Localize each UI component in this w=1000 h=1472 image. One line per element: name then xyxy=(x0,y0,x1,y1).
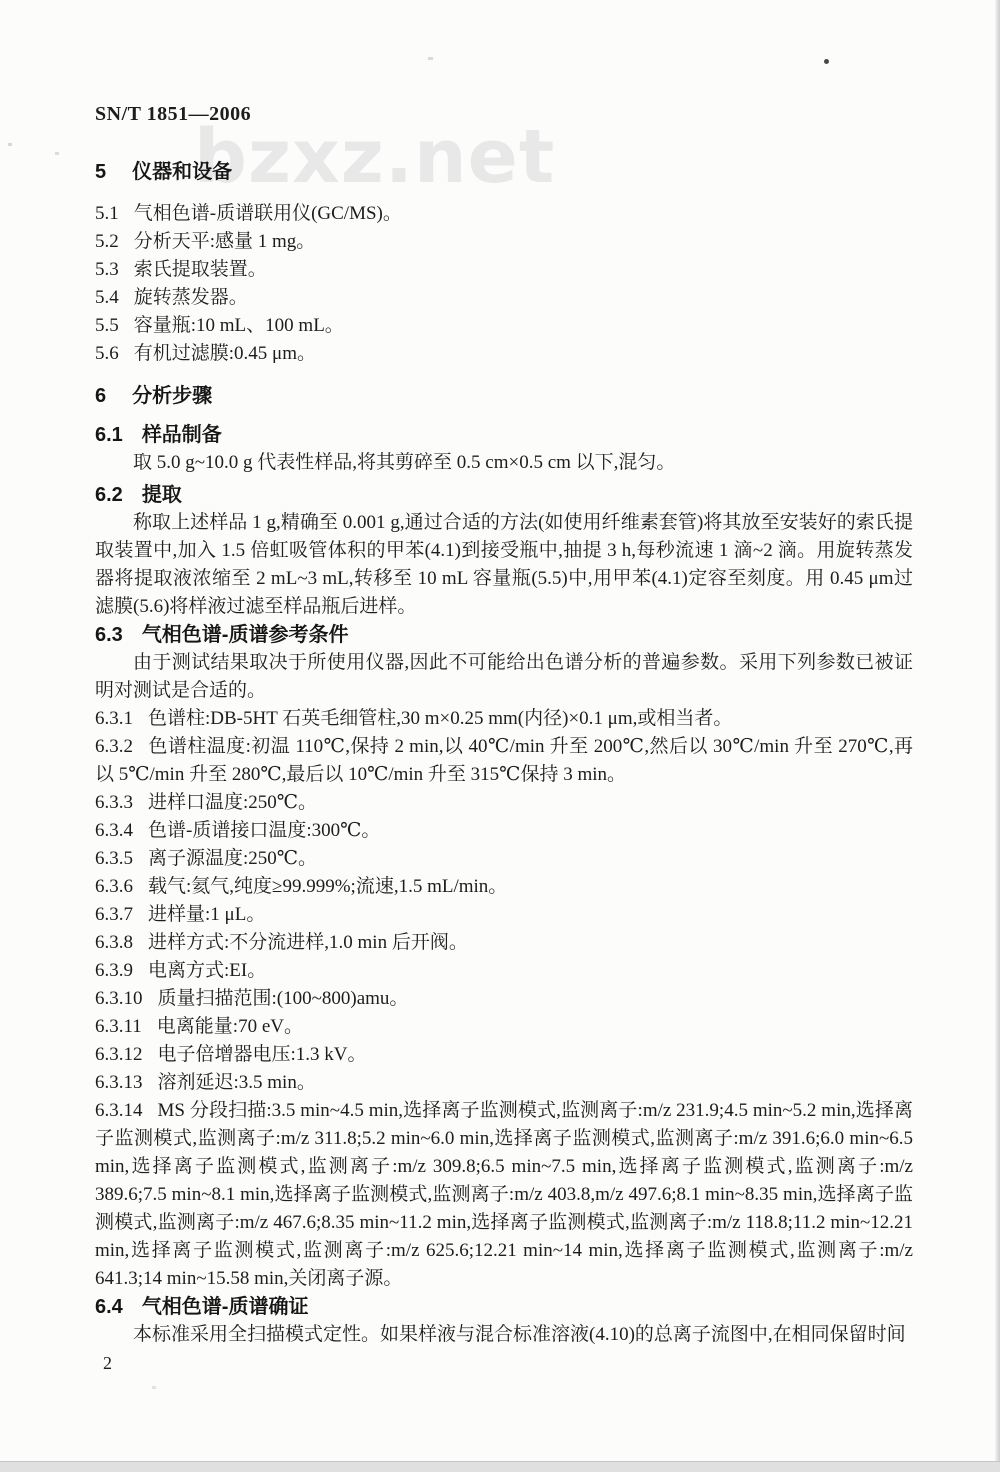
clause-6-3-3: 6.3.3进样口温度:250℃。 xyxy=(95,789,913,817)
clause-number: 6.3.12 xyxy=(95,1044,143,1065)
clause-text: 载气:氦气,纯度≥99.999%;流速,1.5 mL/min。 xyxy=(148,876,507,897)
clause-6-3-10: 6.3.10质量扫描范围:(100~800)amu。 xyxy=(95,985,913,1013)
clause-5-3: 5.3索氏提取装置。 xyxy=(95,256,913,284)
clause-text: 索氏提取装置。 xyxy=(134,259,267,280)
clause-text: 电离能量:70 eV。 xyxy=(157,1016,303,1037)
para-6-3: 由于测试结果取决于所使用仪器,因此不可能给出色谱分析的普遍参数。采用下列参数已被… xyxy=(95,649,913,705)
section-number: 6.4 xyxy=(95,1296,123,1318)
clause-text: 色谱柱:DB-5HT 石英毛细管柱,30 m×0.25 mm(内径)×0.1 μ… xyxy=(148,708,732,729)
clause-6-3-9: 6.3.9电离方式:EI。 xyxy=(95,957,913,985)
clause-text: 电离方式:EI。 xyxy=(148,960,266,981)
clause-number: 6.3.11 xyxy=(95,1016,142,1037)
section-number: 6.1 xyxy=(95,424,123,446)
clause-text: 溶剂延迟:3.5 min。 xyxy=(158,1072,316,1093)
clause-number: 6.3.10 xyxy=(95,988,143,1009)
clause-6-3-7: 6.3.7进样量:1 μL。 xyxy=(95,901,913,929)
clause-number: 6.3.5 xyxy=(95,848,133,869)
clause-number: 5.4 xyxy=(95,287,119,308)
section-5-items: 5.1气相色谱-质谱联用仪(GC/MS)。 5.2分析天平:感量 1 mg。 5… xyxy=(95,200,913,368)
clause-6-3-11: 6.3.11电离能量:70 eV。 xyxy=(95,1013,913,1041)
clause-5-5: 5.5容量瓶:10 mL、100 mL。 xyxy=(95,312,913,340)
para-6-4: 本标准采用全扫描模式定性。如果样液与混合标准溶液(4.10)的总离子流图中,在相… xyxy=(95,1321,913,1349)
clause-5-4: 5.4旋转蒸发器。 xyxy=(95,284,913,312)
clause-number: 6.3.3 xyxy=(95,792,133,813)
section-title: 提取 xyxy=(142,484,182,506)
section-number: 6.2 xyxy=(95,484,123,506)
clause-text: 旋转蒸发器。 xyxy=(134,287,248,308)
clause-text: MS 分段扫描:3.5 min~4.5 min,选择离子监测模式,监测离子:m/… xyxy=(95,1100,913,1289)
scanned-standard-page: bzxz.net SN/T 1851—2006 5仪器和设备 5.1气相色谱-质… xyxy=(0,0,1000,1472)
clause-6-3-5: 6.3.5离子源温度:250℃。 xyxy=(95,845,913,873)
scan-artifact xyxy=(428,57,433,60)
section-title: 气相色谱-质谱参考条件 xyxy=(142,624,349,646)
clause-number: 6.3.1 xyxy=(95,708,133,729)
clause-number: 5.5 xyxy=(95,315,119,336)
clause-text: 色谱-质谱接口温度:300℃。 xyxy=(148,820,380,841)
clause-number: 6.3.14 xyxy=(95,1100,143,1121)
clause-6-3-2: 6.3.2色谱柱温度:初温 110℃,保持 2 min,以 40℃/min 升至… xyxy=(95,733,913,789)
clause-number: 5.1 xyxy=(95,203,119,224)
clause-text: 色谱柱温度:初温 110℃,保持 2 min,以 40℃/min 升至 200℃… xyxy=(95,736,913,785)
section-6-1-heading: 6.1样品制备 xyxy=(95,421,913,449)
clause-6-3-14: 6.3.14MS 分段扫描:3.5 min~4.5 min,选择离子监测模式,监… xyxy=(95,1097,913,1293)
clause-5-2: 5.2分析天平:感量 1 mg。 xyxy=(95,228,913,256)
page-content: SN/T 1851—2006 5仪器和设备 5.1气相色谱-质谱联用仪(GC/M… xyxy=(95,100,913,1377)
scan-artifact xyxy=(152,1386,156,1389)
clause-number: 6.3.6 xyxy=(95,876,133,897)
clause-number: 6.3.9 xyxy=(95,960,133,981)
clause-number: 6.3.13 xyxy=(95,1072,143,1093)
clause-6-3-1: 6.3.1色谱柱:DB-5HT 石英毛细管柱,30 m×0.25 mm(内径)×… xyxy=(95,705,913,733)
clause-6-3-12: 6.3.12电子倍增器电压:1.3 kV。 xyxy=(95,1041,913,1069)
clause-text: 进样量:1 μL。 xyxy=(148,904,265,925)
clause-6-3-13: 6.3.13溶剂延迟:3.5 min。 xyxy=(95,1069,913,1097)
clause-number: 6.3.7 xyxy=(95,904,133,925)
section-number: 6.3 xyxy=(95,624,123,646)
section-title: 分析步骤 xyxy=(132,385,212,407)
scan-artifact xyxy=(824,59,829,64)
section-6-heading: 6分析步骤 xyxy=(95,382,913,410)
section-6-2-heading: 6.2提取 xyxy=(95,481,913,509)
clause-text: 质量扫描范围:(100~800)amu。 xyxy=(158,988,409,1009)
scan-bottom-edge xyxy=(0,1461,1000,1472)
section-6-4-heading: 6.4气相色谱-质谱确证 xyxy=(95,1293,913,1321)
section-title: 样品制备 xyxy=(142,424,222,446)
clause-number: 5.2 xyxy=(95,231,119,252)
clause-text: 气相色谱-质谱联用仪(GC/MS)。 xyxy=(134,203,402,224)
scan-artifact xyxy=(55,152,59,155)
clause-text: 进样方式:不分流进样,1.0 min 后开阀。 xyxy=(148,932,468,953)
clause-text: 电子倍增器电压:1.3 kV。 xyxy=(158,1044,367,1065)
clause-number: 5.3 xyxy=(95,259,119,280)
standard-code: SN/T 1851—2006 xyxy=(95,100,913,128)
clause-number: 6.3.2 xyxy=(95,736,133,757)
scan-right-edge xyxy=(995,0,1000,1472)
clause-number: 6.3.4 xyxy=(95,820,133,841)
clause-text: 有机过滤膜:0.45 μm。 xyxy=(134,343,316,364)
clause-number: 5.6 xyxy=(95,343,119,364)
section-number: 6 xyxy=(95,385,106,407)
section-title: 气相色谱-质谱确证 xyxy=(142,1296,309,1318)
page-number: 2 xyxy=(95,1349,913,1377)
para-6-1: 取 5.0 g~10.0 g 代表性样品,将其剪碎至 0.5 cm×0.5 cm… xyxy=(95,449,913,477)
para-6-2: 称取上述样品 1 g,精确至 0.001 g,通过合适的方法(如使用纤维素套管)… xyxy=(95,509,913,621)
clause-text: 离子源温度:250℃。 xyxy=(148,848,317,869)
clause-5-6: 5.6有机过滤膜:0.45 μm。 xyxy=(95,340,913,368)
section-5-heading: 5仪器和设备 xyxy=(95,158,913,186)
section-number: 5 xyxy=(95,161,106,183)
clause-6-3-8: 6.3.8进样方式:不分流进样,1.0 min 后开阀。 xyxy=(95,929,913,957)
clause-text: 分析天平:感量 1 mg。 xyxy=(134,231,316,252)
section-title: 仪器和设备 xyxy=(132,161,232,183)
clause-text: 容量瓶:10 mL、100 mL。 xyxy=(134,315,344,336)
clause-6-3-4: 6.3.4色谱-质谱接口温度:300℃。 xyxy=(95,817,913,845)
clause-number: 6.3.8 xyxy=(95,932,133,953)
scan-artifact xyxy=(8,143,12,146)
section-6-3-heading: 6.3气相色谱-质谱参考条件 xyxy=(95,621,913,649)
clause-5-1: 5.1气相色谱-质谱联用仪(GC/MS)。 xyxy=(95,200,913,228)
clause-6-3-6: 6.3.6载气:氦气,纯度≥99.999%;流速,1.5 mL/min。 xyxy=(95,873,913,901)
clause-text: 进样口温度:250℃。 xyxy=(148,792,317,813)
